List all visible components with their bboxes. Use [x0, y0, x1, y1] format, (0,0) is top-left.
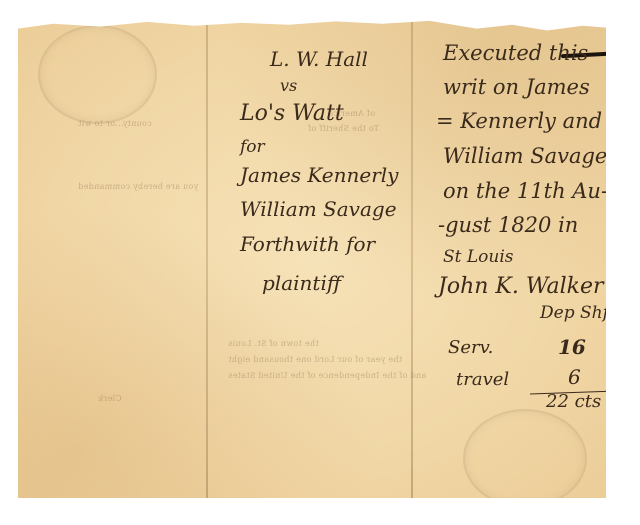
document-paper: county...or to wit of America To the She…: [18, 19, 606, 498]
return-line-4: William Savage: [443, 144, 607, 168]
deputy-title: Dep Shff: [540, 303, 615, 323]
fold-line-right: [411, 19, 413, 498]
fee-label-travel: travel: [456, 369, 509, 390]
embossed-seal-top-left: [38, 25, 157, 124]
return-line-7: St Louis: [443, 247, 514, 267]
versus-label: vs: [280, 76, 297, 95]
bleed-through-text: and of the Independence of the United St…: [228, 371, 426, 380]
fee-total: 22 cts: [546, 391, 601, 412]
return-line-2: writ on James: [443, 75, 590, 99]
return-line-5: on the 11th Au-: [443, 179, 608, 203]
fold-line-left: [206, 19, 208, 498]
fee-label-service: Serv.: [448, 337, 493, 358]
defendant-name-1: James Kennerly: [240, 163, 398, 187]
embossed-seal-bottom-right: [463, 409, 587, 508]
fee-value-travel: 6: [568, 365, 581, 389]
deputy-signature: John K. Walker: [438, 274, 604, 299]
return-line-3: = Kennerly and: [436, 109, 602, 133]
case-plaintiff-name: L. W. Hall: [270, 47, 368, 71]
case-defendant-name: Lo's Watt: [240, 101, 344, 126]
forthwith-line: Forthwith for: [240, 232, 375, 256]
defendant-name-2: William Savage: [240, 197, 397, 221]
bleed-through-text: the year of our Lord one thousand eight: [228, 355, 402, 364]
fee-value-service: 16: [558, 335, 586, 359]
plaintiff-label: plaintiff: [262, 271, 341, 295]
bleed-through-text: county...or to wit: [78, 119, 152, 128]
bleed-through-text: the town of St. Louis: [228, 339, 319, 348]
bleed-through-text: you are hereby commanded: [78, 182, 198, 191]
return-line-6: -gust 1820 in: [438, 213, 578, 237]
for-label: for: [240, 137, 265, 157]
return-line-1: Executed this: [443, 41, 588, 65]
bleed-through-text: Clerk: [98, 394, 122, 403]
